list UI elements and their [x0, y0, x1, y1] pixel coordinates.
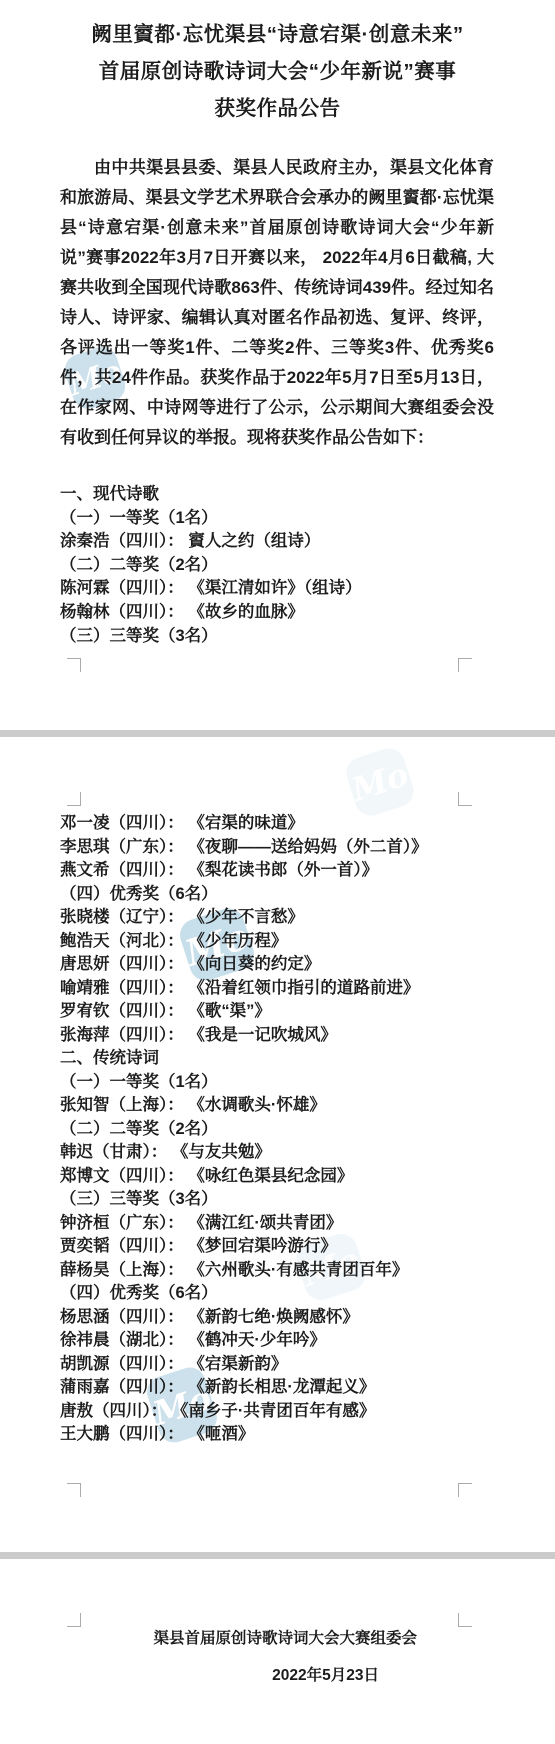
- award-line: 钟济桓（广东）： 《满江红·颂共青团》: [60, 1212, 555, 1236]
- page-3: 渠县首届原创诗歌诗词大会大赛组委会 2022年5月23日: [0, 1559, 555, 1744]
- page-break-divider: [0, 730, 555, 737]
- award-list-continued: 邓一凌（四川）： 《宕渠的味道》李思琪（广东）： 《夜聊——送给妈妈（外二首）》…: [60, 738, 555, 1447]
- award-line: （四）优秀奖（6名）: [60, 883, 555, 907]
- award-line: 胡凯源（四川）： 《宕渠新韵》: [60, 1353, 555, 1377]
- award-line: （三）三等奖（3名）: [60, 1188, 555, 1212]
- signature-date: 2022年5月23日: [0, 1666, 555, 1686]
- document-title: 阙里賨都·忘忧渠县“诗意宕渠·创意未来” 首届原创诗歌诗词大会“少年新说”赛事 …: [0, 0, 555, 127]
- award-line: 燕文希（四川）： 《梨花读书郎（外一首）》: [60, 859, 555, 883]
- page-margin-mark: [67, 658, 81, 672]
- page-margin-mark: [67, 792, 81, 806]
- award-line: 邓一凌（四川）： 《宕渠的味道》: [60, 812, 555, 836]
- award-line: （二）二等奖（2名）: [60, 554, 555, 578]
- award-line: 张知智（上海）： 《水调歌头·怀雄》: [60, 1094, 555, 1118]
- page-break-divider: [0, 1552, 555, 1559]
- award-line: 罗宥钦（四川）： 《歌“渠”》: [60, 1000, 555, 1024]
- award-line: 杨思涵（四川）： 《新韵七绝·焕阙感怀》: [60, 1306, 555, 1330]
- page-margin-mark: [458, 1613, 472, 1627]
- page-margin-mark: [458, 792, 472, 806]
- award-line: 蒲雨嘉（四川）： 《新韵长相思·龙潭起义》: [60, 1376, 555, 1400]
- award-line: 李思琪（广东）： 《夜聊——送给妈妈（外二首）》: [60, 836, 555, 860]
- title-line-2: 首届原创诗歌诗词大会“少年新说”赛事: [0, 53, 555, 90]
- intro-paragraph: 由中共渠县县委、渠县人民政府主办，渠县文化体育和旅游局、渠县文学艺术界联合会承办…: [60, 153, 494, 453]
- award-line: 韩迟（甘肃）： 《与友共勉》: [60, 1141, 555, 1165]
- document-viewer: Mo Mo Mo Mo Mo 阙里賨都·忘忧渠县“诗意宕渠·创意未来” 首届原创…: [0, 0, 555, 1744]
- award-line: 唐思妍（四川）： 《向日葵的约定》: [60, 953, 555, 977]
- award-line: （三）三等奖（3名）: [60, 625, 555, 649]
- page-1: 阙里賨都·忘忧渠县“诗意宕渠·创意未来” 首届原创诗歌诗词大会“少年新说”赛事 …: [0, 0, 555, 730]
- title-line-3: 获奖作品公告: [0, 90, 555, 127]
- award-line: 唐敖（四川）： 《南乡子·共青团百年有感》: [60, 1400, 555, 1424]
- award-line: 郑博文（四川）： 《咏红色渠县纪念园》: [60, 1165, 555, 1189]
- award-line: 喻靖雅（四川）： 《沿着红领巾指引的道路前进》: [60, 977, 555, 1001]
- award-line: 陈河霖（四川）： 《渠江清如许》（组诗）: [60, 577, 555, 601]
- award-line: （四）优秀奖（6名）: [60, 1282, 555, 1306]
- award-line: （二）二等奖（2名）: [60, 1118, 555, 1142]
- award-line: 鲍浩天（河北）： 《少年历程》: [60, 930, 555, 954]
- award-line: 薛杨昊（上海）： 《六州歌头·有感共青团百年》: [60, 1259, 555, 1283]
- award-line: 涂秦浩（四川）： 賨人之约（组诗）: [60, 530, 555, 554]
- award-line: （一）一等奖（1名）: [60, 1071, 555, 1095]
- page-margin-mark: [458, 1483, 472, 1497]
- award-line: 徐祎晨（湖北）： 《鹤冲天·少年吟》: [60, 1329, 555, 1353]
- award-line: 杨翰林（四川）： 《故乡的血脉》: [60, 601, 555, 625]
- award-line: 一、现代诗歌: [60, 483, 555, 507]
- award-line: 张海萍（四川）： 《我是一记吹城风》: [60, 1024, 555, 1048]
- page-margin-mark: [67, 1483, 81, 1497]
- award-line: 张晓楼（辽宁）： 《少年不言愁》: [60, 906, 555, 930]
- signature-committee: 渠县首届原创诗歌诗词大会大赛组委会: [0, 1629, 555, 1649]
- award-line: 王大鹏（四川）： 《咂酒》: [60, 1423, 555, 1447]
- award-line: （一）一等奖（1名）: [60, 507, 555, 531]
- signature-block: 渠县首届原创诗歌诗词大会大赛组委会 2022年5月23日: [0, 1629, 555, 1686]
- award-line: 贾奕韬（四川）： 《梦回宕渠吟游行》: [60, 1235, 555, 1259]
- title-line-1: 阙里賨都·忘忧渠县“诗意宕渠·创意未来”: [0, 16, 555, 53]
- award-line: 二、传统诗词: [60, 1047, 555, 1071]
- page-margin-mark: [458, 658, 472, 672]
- award-list-modern-poetry: 一、现代诗歌（一）一等奖（1名）涂秦浩（四川）： 賨人之约（组诗）（二）二等奖（…: [60, 483, 555, 648]
- page-margin-mark: [67, 1613, 81, 1627]
- page-2: 邓一凌（四川）： 《宕渠的味道》李思琪（广东）： 《夜聊——送给妈妈（外二首）》…: [0, 738, 555, 1552]
